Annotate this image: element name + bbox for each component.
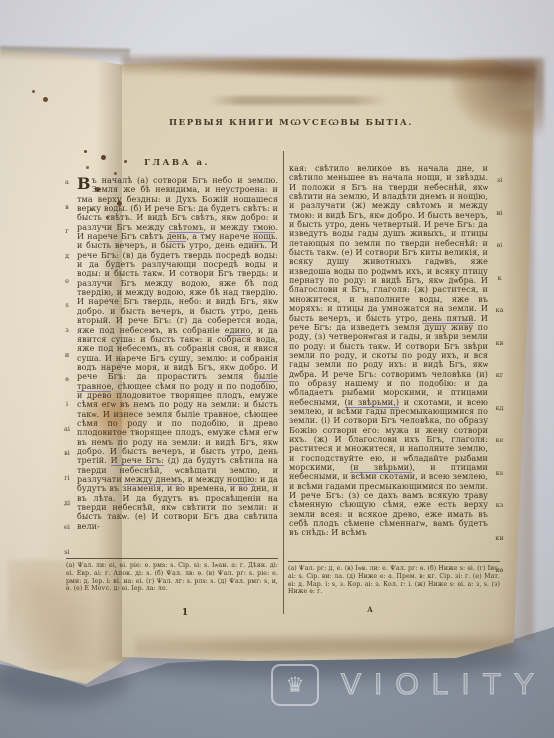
running-title: ПЕРВЫЯ КНИГИ МѠѴСЕѠВЫ БЫТІА. [150,117,432,128]
footnotes-left: (а) Ѱал. ли: еі, ѳі. ріе: е. рмѕ: ѕ. Сір… [66,562,278,608]
signature-mark: А [352,605,388,614]
column-divider-rule [283,151,284,614]
drop-cap-initial: В [77,176,92,192]
footnote-rule-left [66,558,278,559]
text-column-right: кая: свѣтило великое въ начала дне, и св… [289,164,488,561]
watermark-text: VIOLITY [341,668,547,702]
flyleaf-top-edge [0,46,130,63]
verse-numbers-right: зіиіѳіккаквкгкдкекѕкзкикѳ [491,176,508,574]
crown-icon: ♛ [271,664,319,706]
photo-background: ПЕРВЫЯ КНИГИ МѠѴСЕѠВЫ БЫТІА. ГЛАВА а. ав… [0,0,554,738]
verse-numbers-left: авгдеѕзиѳіаівігідіеіѕі [59,178,75,556]
footnotes-right: (а) Ѱал. рг: д, е. (в) Іѡв. ли: е. Ѱал. … [288,565,500,615]
text-column-left: В ъ началѣ (а) сотвори Бгъ небо и землю.… [77,176,278,559]
watermark-logo: ♛ VIOLITY [271,664,547,706]
showthrough-smudge [208,96,388,105]
page-number: 1 [150,608,220,618]
footnote-rule-right [288,561,500,562]
chapter-heading: ГЛАВА а. [122,158,232,168]
